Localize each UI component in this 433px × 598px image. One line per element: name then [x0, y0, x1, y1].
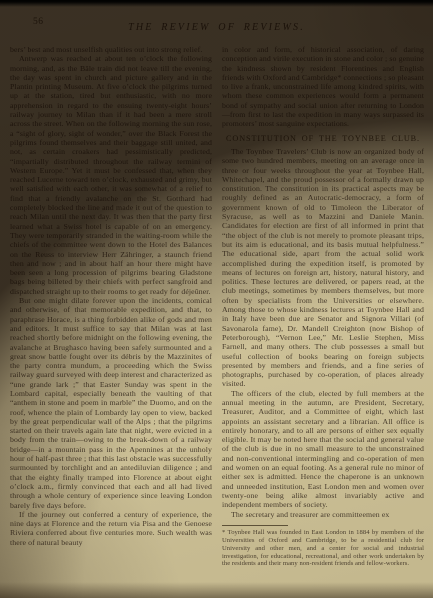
paragraph: The officers of the club, elected by ful…	[222, 389, 424, 510]
paragraph: If the journey out conferred a century o…	[10, 510, 212, 547]
paragraph: Antwerp was reached at about ten o’clock…	[10, 54, 212, 296]
footnote-rule	[222, 525, 288, 526]
footnote: * Toynbee Hall was founded in East Londo…	[222, 529, 424, 569]
section-heading: CONSTITUTION OF THE TOYNBEE CLUB.	[222, 134, 424, 143]
paragraph: But one might dilate forever upon the in…	[10, 296, 212, 510]
text-columns: bers’ best and most unselfish qualities …	[0, 43, 433, 568]
page-number: 56	[33, 17, 44, 27]
paragraph: bers’ best and most unselfish qualities …	[10, 45, 212, 54]
right-column: in color and form, of historical associa…	[222, 45, 424, 568]
left-column: bers’ best and most unselfish qualities …	[10, 45, 212, 568]
paragraph: in color and form, of historical associa…	[222, 45, 424, 129]
page-header: 56 THE REVIEW OF REVIEWS.	[0, 0, 433, 43]
book-page: 56 THE REVIEW OF REVIEWS. bers’ best and…	[0, 0, 433, 598]
journal-title: THE REVIEW OF REVIEWS.	[128, 22, 305, 33]
paragraph: The secretary and treasurer are committe…	[222, 510, 424, 519]
paragraph: The Toynbee Travelers’ Club is now an or…	[222, 147, 424, 389]
